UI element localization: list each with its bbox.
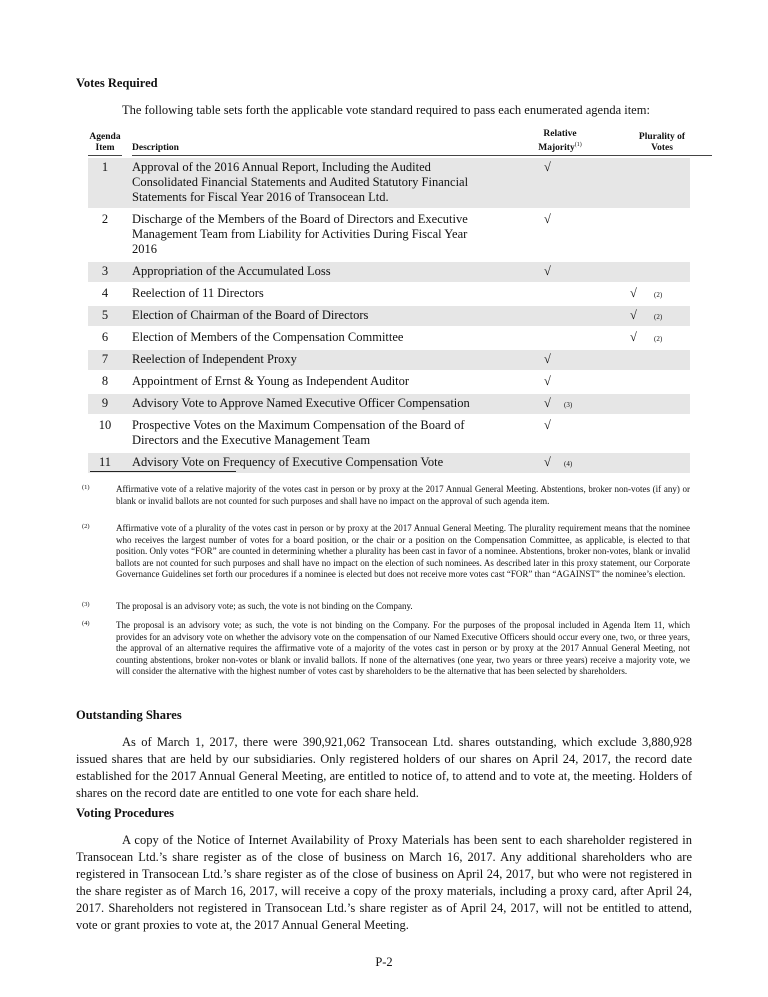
- table-row: 8Appointment of Ernst & Young as Indepen…: [88, 372, 690, 392]
- agenda-item-description: Reelection of Independent Proxy: [132, 352, 477, 367]
- relative-majority-check-icon: √: [544, 418, 551, 433]
- table-row: 10Prospective Votes on the Maximum Compe…: [88, 416, 690, 451]
- table-row: 9Advisory Vote to Approve Named Executiv…: [88, 394, 690, 414]
- footnote-3: (3)The proposal is an advisory vote; as …: [76, 601, 690, 613]
- relative-majority-check-icon: √: [544, 212, 551, 227]
- page-number: P-2: [76, 955, 692, 970]
- relative-majority-check-icon: √: [544, 374, 551, 389]
- voting-procedures-text: A copy of the Notice of Internet Availab…: [76, 832, 692, 934]
- footnote-divider: [90, 471, 236, 472]
- header-plurality-line1: Plurality of: [612, 132, 712, 143]
- header-plurality: Plurality of Votes: [612, 132, 712, 156]
- plurality-check-icon: √: [630, 308, 637, 323]
- footnote-mark: (4): [82, 618, 90, 630]
- agenda-item-description: Approval of the 2016 Annual Report, Incl…: [132, 160, 477, 205]
- relative-majority-check-icon: √: [544, 455, 551, 470]
- outstanding-shares-heading: Outstanding Shares: [76, 708, 182, 723]
- relative-majority-check-icon: √: [544, 352, 551, 367]
- agenda-item-number: 11: [88, 455, 122, 470]
- relative-footnote-ref: (4): [564, 457, 572, 472]
- outstanding-shares-text: As of March 1, 2017, there were 390,921,…: [76, 734, 692, 802]
- table-body: 1Approval of the 2016 Annual Report, Inc…: [88, 158, 690, 473]
- relative-footnote-ref: (3): [564, 398, 572, 413]
- footnote-text: The proposal is an advisory vote; as suc…: [116, 601, 690, 613]
- agenda-item-description: Appointment of Ernst & Young as Independ…: [132, 374, 477, 389]
- agenda-item-description: Election of Chairman of the Board of Dir…: [132, 308, 477, 323]
- header-relative-line2: Majority(1): [508, 140, 612, 154]
- agenda-item-number: 8: [88, 374, 122, 389]
- agenda-item-description: Election of Members of the Compensation …: [132, 330, 477, 345]
- footnote-4: (4)The proposal is an advisory vote; as …: [76, 620, 690, 678]
- footnote-text: Affirmative vote of a relative majority …: [116, 484, 690, 507]
- footnote-1: (1)Affirmative vote of a relative majori…: [76, 484, 690, 507]
- table-row: 3Appropriation of the Accumulated Loss√: [88, 262, 690, 282]
- plurality-check-icon: √: [630, 286, 637, 301]
- table-row: 2Discharge of the Members of the Board o…: [88, 210, 690, 260]
- voting-procedures-heading: Voting Procedures: [76, 806, 174, 821]
- footnote-text: The proposal is an advisory vote; as suc…: [116, 620, 690, 678]
- table-row: 7Reelection of Independent Proxy√: [88, 350, 690, 370]
- header-item-line1: Agenda: [88, 132, 122, 143]
- agenda-item-number: 5: [88, 308, 122, 323]
- agenda-item-number: 4: [88, 286, 122, 301]
- agenda-item-number: 6: [88, 330, 122, 345]
- agenda-item-number: 2: [88, 212, 122, 227]
- vote-standard-table: Agenda Item Description Relative Majorit…: [88, 132, 690, 473]
- table-header: Agenda Item Description Relative Majorit…: [88, 132, 690, 156]
- plurality-check-icon: √: [630, 330, 637, 345]
- footnote-2: (2)Affirmative vote of a plurality of th…: [76, 523, 690, 581]
- table-row: 4Reelection of 11 Directors√(2): [88, 284, 690, 304]
- footnote-text: Affirmative vote of a plurality of the v…: [116, 523, 690, 581]
- header-agenda-item: Agenda Item: [88, 132, 122, 156]
- agenda-item-description: Discharge of the Members of the Board of…: [132, 212, 477, 257]
- agenda-item-description: Appropriation of the Accumulated Loss: [132, 264, 477, 279]
- agenda-item-number: 7: [88, 352, 122, 367]
- agenda-item-description: Advisory Vote to Approve Named Executive…: [132, 396, 477, 411]
- footnote-ref: (1): [575, 142, 582, 148]
- header-relative-line1: Relative: [508, 129, 612, 140]
- agenda-item-description: Advisory Vote on Frequency of Executive …: [132, 455, 477, 470]
- plurality-footnote-ref: (2): [654, 310, 662, 325]
- relative-majority-check-icon: √: [544, 160, 551, 175]
- table-row: 6Election of Members of the Compensation…: [88, 328, 690, 348]
- header-plurality-line2: Votes: [612, 143, 712, 154]
- votes-required-intro: The following table sets forth the appli…: [122, 103, 650, 118]
- table-row: 11Advisory Vote on Frequency of Executiv…: [88, 453, 690, 473]
- header-item-line2: Item: [88, 143, 122, 154]
- footnote-mark: (3): [82, 599, 90, 611]
- table-row: 5Election of Chairman of the Board of Di…: [88, 306, 690, 326]
- table-row: 1Approval of the 2016 Annual Report, Inc…: [88, 158, 690, 208]
- plurality-footnote-ref: (2): [654, 332, 662, 347]
- plurality-footnote-ref: (2): [654, 288, 662, 303]
- agenda-item-description: Prospective Votes on the Maximum Compens…: [132, 418, 477, 448]
- relative-majority-check-icon: √: [544, 396, 551, 411]
- agenda-item-description: Reelection of 11 Directors: [132, 286, 477, 301]
- header-relative-label: Majority: [538, 143, 574, 153]
- agenda-item-number: 9: [88, 396, 122, 411]
- votes-required-heading: Votes Required: [76, 76, 158, 91]
- header-relative-majority: Relative Majority(1): [508, 129, 612, 156]
- agenda-item-number: 10: [88, 418, 122, 433]
- agenda-item-number: 3: [88, 264, 122, 279]
- footnote-mark: (1): [82, 482, 90, 494]
- header-description: Description: [132, 143, 522, 156]
- agenda-item-number: 1: [88, 160, 122, 175]
- relative-majority-check-icon: √: [544, 264, 551, 279]
- footnote-mark: (2): [82, 521, 90, 533]
